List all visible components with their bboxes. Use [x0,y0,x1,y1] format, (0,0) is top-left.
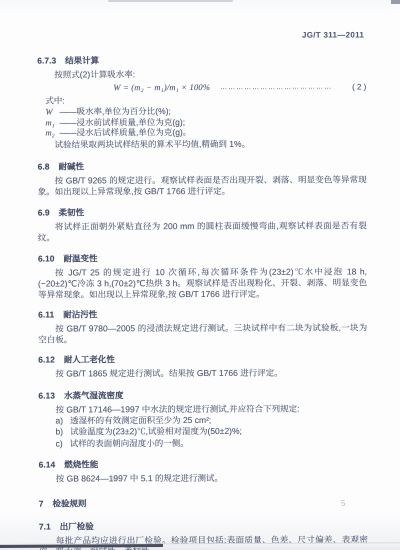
symbol: m₁ [45,117,59,128]
section-heading-6-9: 6.9柔韧性 [38,206,367,218]
symbol: m₂ [45,127,59,138]
definition-text: 吸水率,单位为百分比(%); [76,106,170,116]
section-number: 6.8 [38,161,50,171]
definition-text: 浸水前试样质量,单位为克(g); [76,117,185,127]
section-title: 水蒸气湿流密度 [64,390,124,400]
section-number: 6.14 [39,460,56,470]
doc-reference: JG/T 311—2011 [302,30,364,39]
section-title: 耐碱性 [58,161,84,171]
section-heading-6-11: 6.11耐沾污性 [38,308,367,320]
section-heading-6-13: 6.13水蒸气湿流密度 [38,389,367,401]
formula-expression: W = (m₂ − m₁)/m₁ × 100% [113,82,210,93]
section-title: 检验规则 [53,498,87,508]
list-text: 试验温度为(23±2)℃,试验相对湿度为(50±2)%; [70,426,242,437]
paragraph-6-7-3-intro: 按照式(2)计算吸水率: [37,68,366,80]
list-text: 试样的表面朝向湿度小的一侧。 [70,438,189,448]
list-item-c: c)试样的表面朝向湿度小的一侧。 [39,437,368,450]
section-title: 结果计算 [65,55,99,65]
section-number: 6.9 [38,207,50,217]
section-heading-6-8: 6.8耐碱性 [38,160,367,172]
section-number: 6.12 [38,354,55,364]
section-title: 耐沾污性 [63,309,97,319]
symbol: W [45,106,59,117]
list-label: a) [55,415,63,425]
definition-text: 浸水后试样质量,单位为克(g)。 [76,127,191,137]
doc-header: JG/T 311—2011 [0,0,399,42]
section-title: 出厂检验 [60,521,94,531]
paragraph-6-9: 将试样正面朝外紧贴直径为 200 mm 的圆柱表面缓慢弯曲,观察试样表面是否有裂… [38,220,367,243]
page-number: 5 [341,499,345,508]
scan-artifact-corner-mark [391,0,400,4]
section-number: 6.10 [38,253,55,263]
page-content: 6.7.3结果计算 按照式(2)计算吸水率: W = (m₂ − m₁)/m₁ … [0,54,400,550]
section-heading-6-14: 6.14燃烧性能 [39,458,368,470]
list-label: b) [56,426,64,436]
section-number: 6.13 [38,390,55,400]
paragraph-6-8: 按 GB/T 9265 的规定进行。观察试样表面是否出现开裂、剥落、明显变色等异… [38,174,367,197]
section-number: 6.7.3 [37,56,56,66]
section-number: 7.1 [39,522,51,532]
list-label: c) [56,438,63,448]
paragraph-result-note: 试验结果取两块试样结果的算术平均值,精确到 1%。 [38,138,367,150]
section-heading-7-1: 7.1出厂检验 [39,520,368,532]
section-number: 7 [39,499,44,509]
scanned-document-page: JG/T 311—2011 6.7.3结果计算 按照式(2)计算吸水率: W =… [0,0,400,550]
formula-number: ( 2 ) [352,81,366,92]
paragraph-6-11: 按 GB/T 9780—2005 的浸渍法规定进行测试。三块试样中有二块为试验板… [38,322,367,345]
section-number: 6.11 [38,309,54,319]
definition-line-m2: m₂——浸水后试样质量,单位为克(g)。 [37,126,366,138]
chapter-heading-7: 7检验规则 [39,497,368,509]
dash: —— [59,127,76,137]
dash: —— [59,117,76,127]
section-heading-6-7-3: 6.7.3结果计算 [37,54,366,66]
section-heading-6-12: 6.12耐人工老化性 [38,353,367,365]
section-title: 燃烧性能 [64,459,98,469]
paragraph-6-10: 按 JG/T 25 的规定进行 10 次循环,每次循环条件为(23±2)℃水中浸… [38,266,367,300]
scan-artifact-smudge [110,476,117,481]
paragraph-6-12: 按 GB/T 1865 规定进行测试。结果按 GB/T 1766 进行评定。 [38,367,367,379]
list-text: 透湿杯的有效测定面积至少为 25 cm²; [70,414,211,424]
section-heading-6-10: 6.10耐温变性 [38,252,367,264]
scan-artifact-top-smudge [108,0,233,2]
section-title: 耐温变性 [63,253,97,263]
page-tilt-wrapper: JG/T 311—2011 6.7.3结果计算 按照式(2)计算吸水率: W =… [0,0,400,550]
dotted-leader: …………………………………… [220,81,349,92]
dash: —— [59,106,76,116]
paragraph-6-14: 按 GB 8624—1997 中 5.1 的规定进行测试。 [39,472,368,484]
section-title: 柔韧性 [59,207,85,217]
formula-row: W = (m₂ − m₁)/m₁ × 100% …………………………………… (… [37,81,366,93]
section-title: 耐人工老化性 [64,354,115,364]
